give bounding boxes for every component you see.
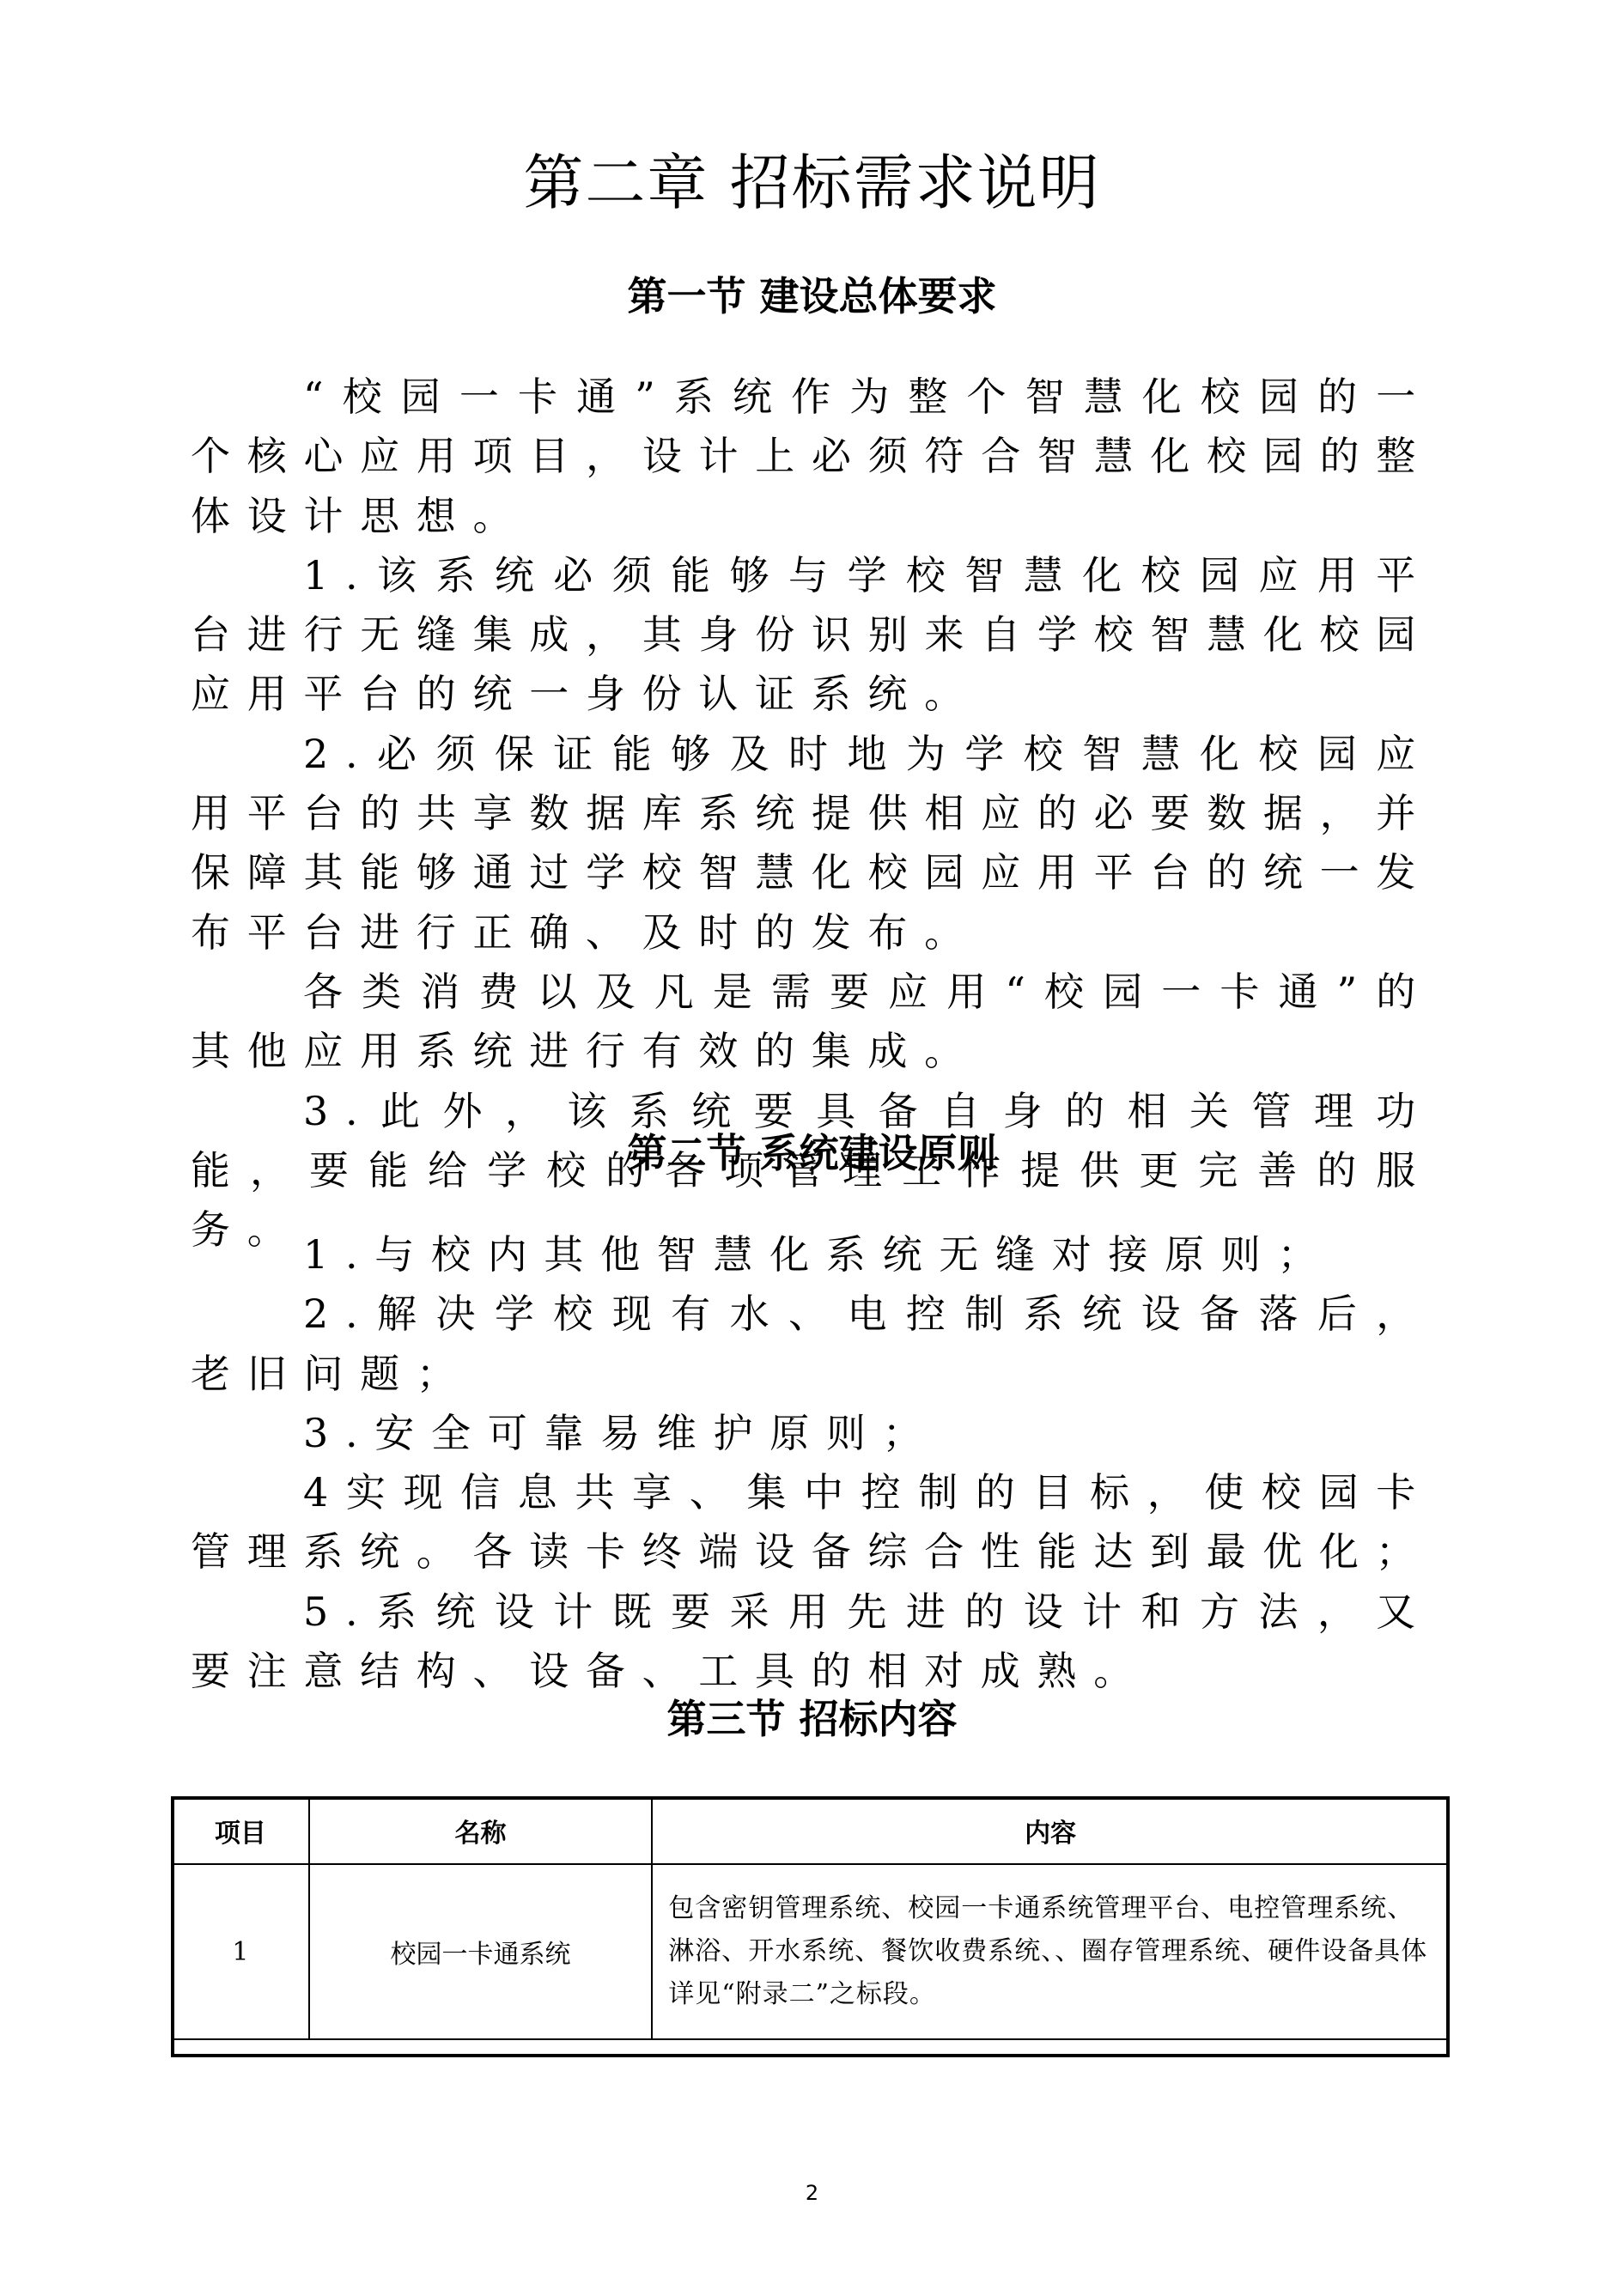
header-item: 项目 xyxy=(172,1797,309,1864)
bid-content-table: 项目 名称 内容 1 校园一卡通系统 包含密钥管理系统、校园一卡通系统管理平台、… xyxy=(171,1796,1450,2040)
table-header-row: 项目 名称 内容 xyxy=(172,1797,1449,1864)
paragraph: “校园一卡通”系统作为整个智慧化校园的一个核心应用项目，设计上必须符合智慧化校园… xyxy=(191,367,1432,546)
table-row: 1 校园一卡通系统 包含密钥管理系统、校园一卡通系统管理平台、电控管理系统、淋浴… xyxy=(172,1864,1449,2039)
section-3-heading: 第三节 招标内容 xyxy=(0,1693,1624,1745)
header-name: 名称 xyxy=(309,1797,652,1864)
cell-content: 包含密钥管理系统、校园一卡通系统管理平台、电控管理系统、淋浴、开水系统、餐饮收费… xyxy=(652,1864,1449,2039)
section-2-body: 1.与校内其他智慧化系统无缝对接原则； 2.解决学校现有水、电控制系统设备落后，… xyxy=(191,1225,1432,1701)
section-1-body: “校园一卡通”系统作为整个智慧化校园的一个核心应用项目，设计上必须符合智慧化校园… xyxy=(191,367,1432,1260)
paragraph: 2.必须保证能够及时地为学校智慧化校园应用平台的共享数据库系统提供相应的必要数据… xyxy=(191,725,1432,963)
paragraph: 3.安全可靠易维护原则； xyxy=(191,1404,1432,1463)
cell-item: 1 xyxy=(172,1864,309,2039)
cell-name: 校园一卡通系统 xyxy=(309,1864,652,2039)
section-1-heading: 第一节 建设总体要求 xyxy=(0,270,1624,322)
section-2-heading: 第二节 系统建设原则 xyxy=(0,1127,1624,1179)
paragraph: 5.系统设计既要采用先进的设计和方法，又要注意结构、设备、工具的相对成熟。 xyxy=(191,1582,1432,1702)
paragraph: 1.该系统必须能够与学校智慧化校园应用平台进行无缝集成，其身份识别来自学校智慧化… xyxy=(191,546,1432,725)
header-content: 内容 xyxy=(652,1797,1449,1864)
paragraph: 4实现信息共享、集中控制的目标，使校园卡管理系统。各读卡终端设备综合性能达到最优… xyxy=(191,1463,1432,1582)
paragraph: 各类消费以及凡是需要应用“校园一卡通”的其他应用系统进行有效的集成。 xyxy=(191,963,1432,1082)
chapter-title: 第二章 招标需求说明 xyxy=(0,144,1624,222)
paragraph: 2.解决学校现有水、电控制系统设备落后，老旧问题； xyxy=(191,1285,1432,1404)
page-number: 2 xyxy=(0,2181,1624,2205)
paragraph: 1.与校内其他智慧化系统无缝对接原则； xyxy=(191,1225,1432,1285)
